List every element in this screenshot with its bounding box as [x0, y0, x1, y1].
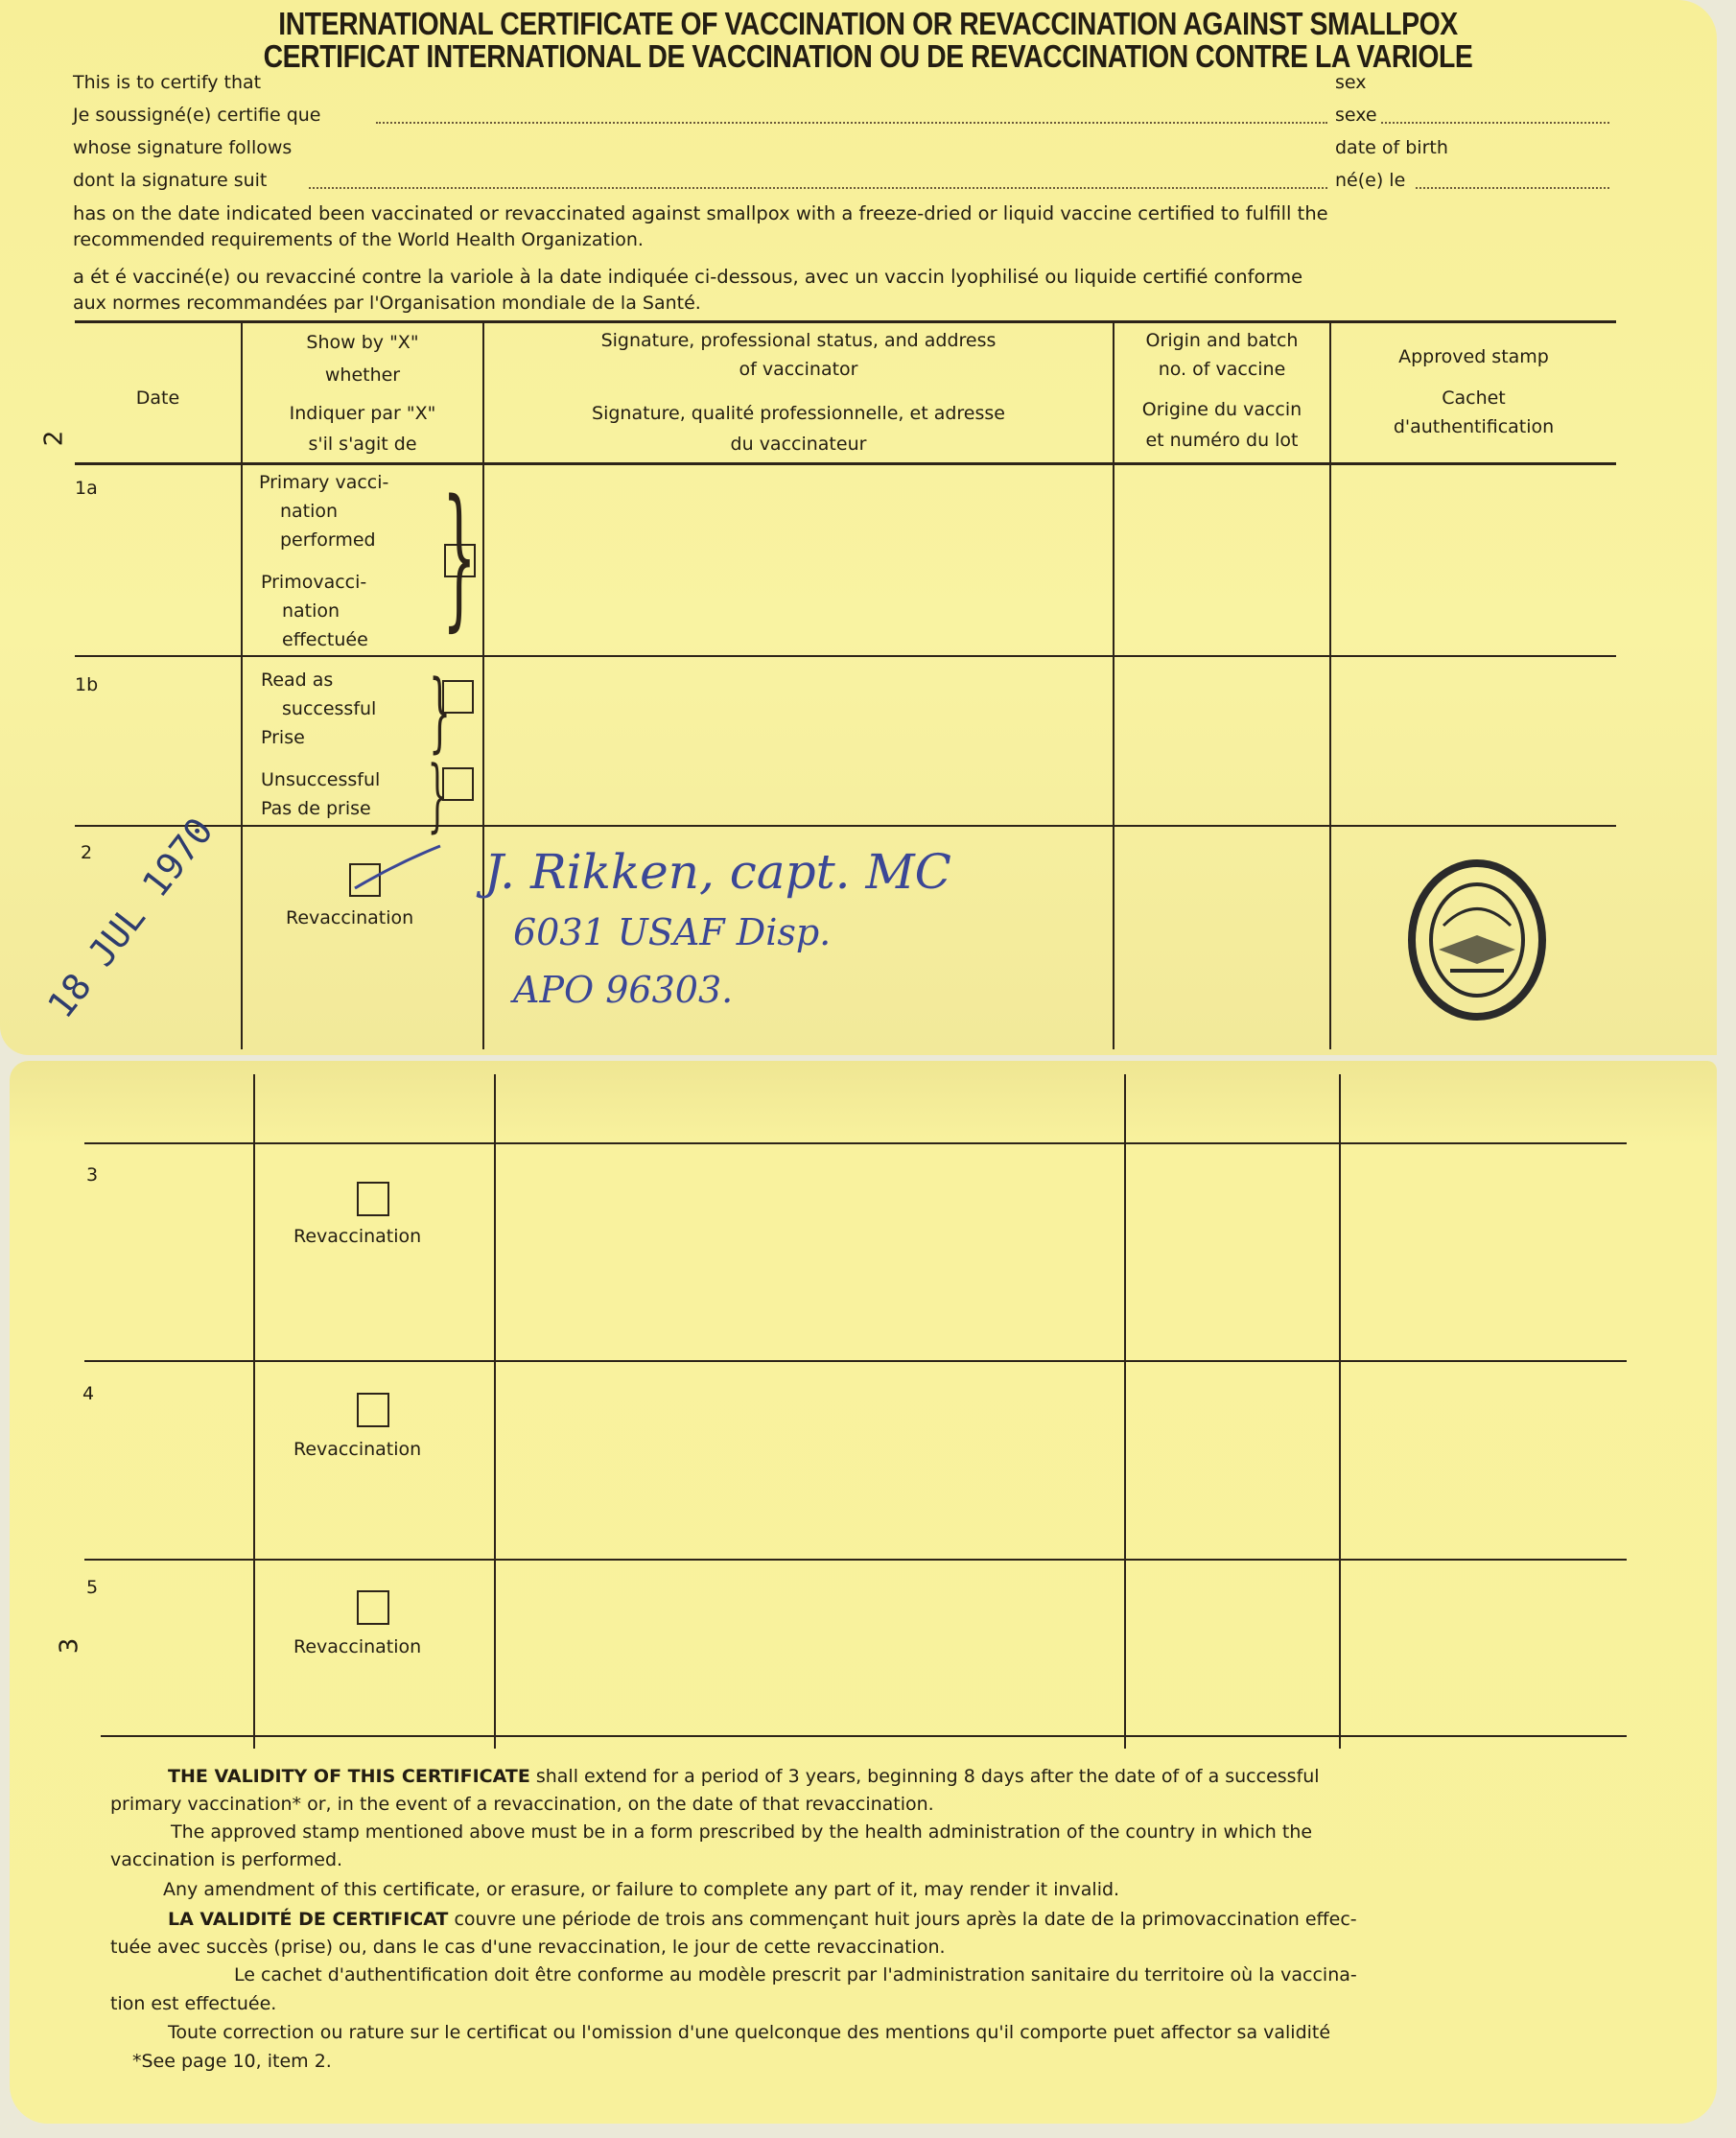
col-header-sig-en-2: of vaccinator — [484, 355, 1113, 384]
certify-label-en: This is to certify that — [73, 74, 261, 92]
checkbox-successful[interactable] — [442, 680, 474, 714]
statement-en-2: recommended requirements of the World He… — [73, 231, 644, 249]
statement-en-1: has on the date indicated been vaccinate… — [73, 204, 1328, 223]
row-id-2: 2 — [81, 844, 92, 862]
row-4-label: Revaccination — [293, 1441, 421, 1459]
footnote: *See page 10, item 2. — [132, 2051, 332, 2072]
date-stamp: 18 JUL 1970 — [39, 810, 222, 1025]
col-header-sig-fr-2: du vaccinateur — [484, 430, 1113, 458]
col-header-show-fr-1: Indiquer par "X" — [243, 399, 482, 428]
col-rule-4 — [1339, 1074, 1341, 1749]
sex-label-fr: sexe — [1335, 106, 1377, 125]
statement-fr-1: a ét é vacciné(e) ou revacciné contre la… — [73, 268, 1302, 287]
col-header-show-en-1: Show by "X" — [243, 328, 482, 357]
stamp-note-fr-2: tion est effectuée. — [110, 1993, 276, 2014]
row-1a-label-1: Primary vacci- — [259, 474, 388, 492]
row-1a-bottom-rule — [75, 655, 1616, 657]
page-3: 3 Revaccination 4 Revaccination 5 Revacc… — [10, 1061, 1717, 2124]
col-header-sig-en-1: Signature, professional status, and addr… — [484, 326, 1113, 355]
checkbox-unsuccessful[interactable] — [442, 767, 474, 801]
dob-field[interactable] — [1416, 187, 1609, 189]
amendment-note-fr: Toute correction ou rature sur le certif… — [168, 2022, 1330, 2043]
row-1b-bottom-rule — [75, 825, 1616, 827]
statement-fr-2: aux normes recommandées par l'Organisati… — [73, 294, 701, 313]
row-id-4: 4 — [82, 1385, 94, 1403]
table-top-rule — [75, 320, 1616, 323]
row-1b-unsuccessful-1: Unsuccessful — [261, 771, 380, 789]
row-id-5: 5 — [86, 1579, 98, 1597]
page-number-3: 3 — [55, 1638, 83, 1655]
row-1b-successful-1: Read as — [261, 671, 333, 690]
row-1a-label-6: effectuée — [282, 631, 368, 649]
checkbox-revaccination-5[interactable] — [357, 1590, 389, 1625]
row-3-top-rule — [84, 1142, 1627, 1144]
row-1a-label-2: nation — [280, 503, 338, 521]
checkbox-primary-vaccination[interactable] — [444, 544, 476, 577]
stamp-note-fr-1: Le cachet d'authentification doit être c… — [234, 1964, 1357, 1985]
page-2: INTERNATIONAL CERTIFICATE OF VACCINATION… — [0, 0, 1717, 1055]
col-header-show-fr-2: s'il s'agit de — [243, 430, 482, 458]
name-field[interactable] — [376, 122, 1327, 124]
checkbox-revaccination-4[interactable] — [357, 1393, 389, 1427]
col-rule-1 — [253, 1074, 255, 1749]
row-4-top-rule — [84, 1360, 1627, 1362]
col-rule-3 — [1124, 1074, 1126, 1749]
validity-fr-1: LA VALIDITÉ DE CERTIFICAT couvre une pér… — [168, 1909, 1357, 1930]
table-bottom-rule — [101, 1735, 1627, 1737]
stamp-note-en-1: The approved stamp mentioned above must … — [171, 1821, 1312, 1843]
signature-field[interactable] — [309, 187, 1327, 189]
row-1b-successful-2: successful — [282, 700, 376, 718]
col-header-show-en-2: whether — [243, 361, 482, 389]
col-header-stamp-fr-2: d'authentification — [1331, 412, 1616, 441]
row-1a-label-3: performed — [280, 531, 376, 550]
checkbox-revaccination-3[interactable] — [357, 1182, 389, 1216]
stamp-note-en-2: vaccination is performed. — [110, 1849, 342, 1870]
row-1b-unsuccessful-2: Pas de prise — [261, 800, 371, 818]
sex-label-en: sex — [1335, 74, 1367, 92]
page-number-2: 2 — [39, 431, 68, 447]
dob-label-en: date of birth — [1335, 139, 1448, 157]
certify-label-fr: Je soussigné(e) certifie que — [73, 106, 321, 125]
title-french: CERTIFICAT INTERNATIONAL DE VACCINATION … — [122, 38, 1615, 75]
col-header-origin-en-1: Origin and batch — [1114, 326, 1329, 355]
signature-follows-en: whose signature follows — [73, 139, 292, 157]
col-header-origin-fr-2: et numéro du lot — [1114, 426, 1329, 455]
validity-en-1: THE VALIDITY OF THIS CERTIFICATE shall e… — [168, 1766, 1320, 1787]
row-1b-successful-3: Prise — [261, 729, 305, 747]
row-id-3: 3 — [86, 1166, 98, 1185]
amendment-note-en: Any amendment of this certificate, or er… — [163, 1879, 1119, 1900]
col-header-origin-en-2: no. of vaccine — [1114, 355, 1329, 384]
col-header-date: Date — [75, 384, 241, 412]
row-1a-label-5: nation — [282, 602, 340, 621]
col-header-sig-fr-1: Signature, qualité professionnelle, et a… — [484, 399, 1113, 428]
row-5-label: Revaccination — [293, 1638, 421, 1656]
col-header-stamp-fr-1: Cachet — [1331, 384, 1616, 412]
row-1a-label-4: Primovacci- — [261, 574, 366, 592]
col-rule-2 — [494, 1074, 496, 1749]
official-stamp-icon — [1391, 844, 1563, 1026]
title-english: INTERNATIONAL CERTIFICATE OF VACCINATION… — [122, 6, 1615, 42]
vaccinator-unit: 6031 USAF Disp. — [513, 911, 831, 953]
row-5-top-rule — [84, 1559, 1627, 1561]
row-2-label: Revaccination — [286, 909, 413, 928]
validity-en-2: primary vaccination* or, in the event of… — [110, 1794, 934, 1815]
row-id-1b: 1b — [75, 676, 98, 694]
col-header-stamp-en: Approved stamp — [1331, 342, 1616, 371]
validity-fr-2: tuée avec succès (prise) ou, dans le cas… — [110, 1937, 946, 1958]
signature-follows-fr: dont la signature suit — [73, 172, 267, 190]
col-header-origin-fr-1: Origine du vaccin — [1114, 395, 1329, 424]
header-bottom-rule — [75, 462, 1616, 465]
dob-label-fr: né(e) le — [1335, 172, 1405, 190]
vaccinator-address: APO 96303. — [513, 969, 733, 1011]
sex-field[interactable] — [1381, 122, 1609, 124]
row-id-1a: 1a — [75, 480, 98, 498]
vaccinator-signature: J. Rikken, capt. MC — [484, 844, 951, 900]
row-3-label: Revaccination — [293, 1228, 421, 1246]
checkmark-icon — [349, 842, 445, 900]
